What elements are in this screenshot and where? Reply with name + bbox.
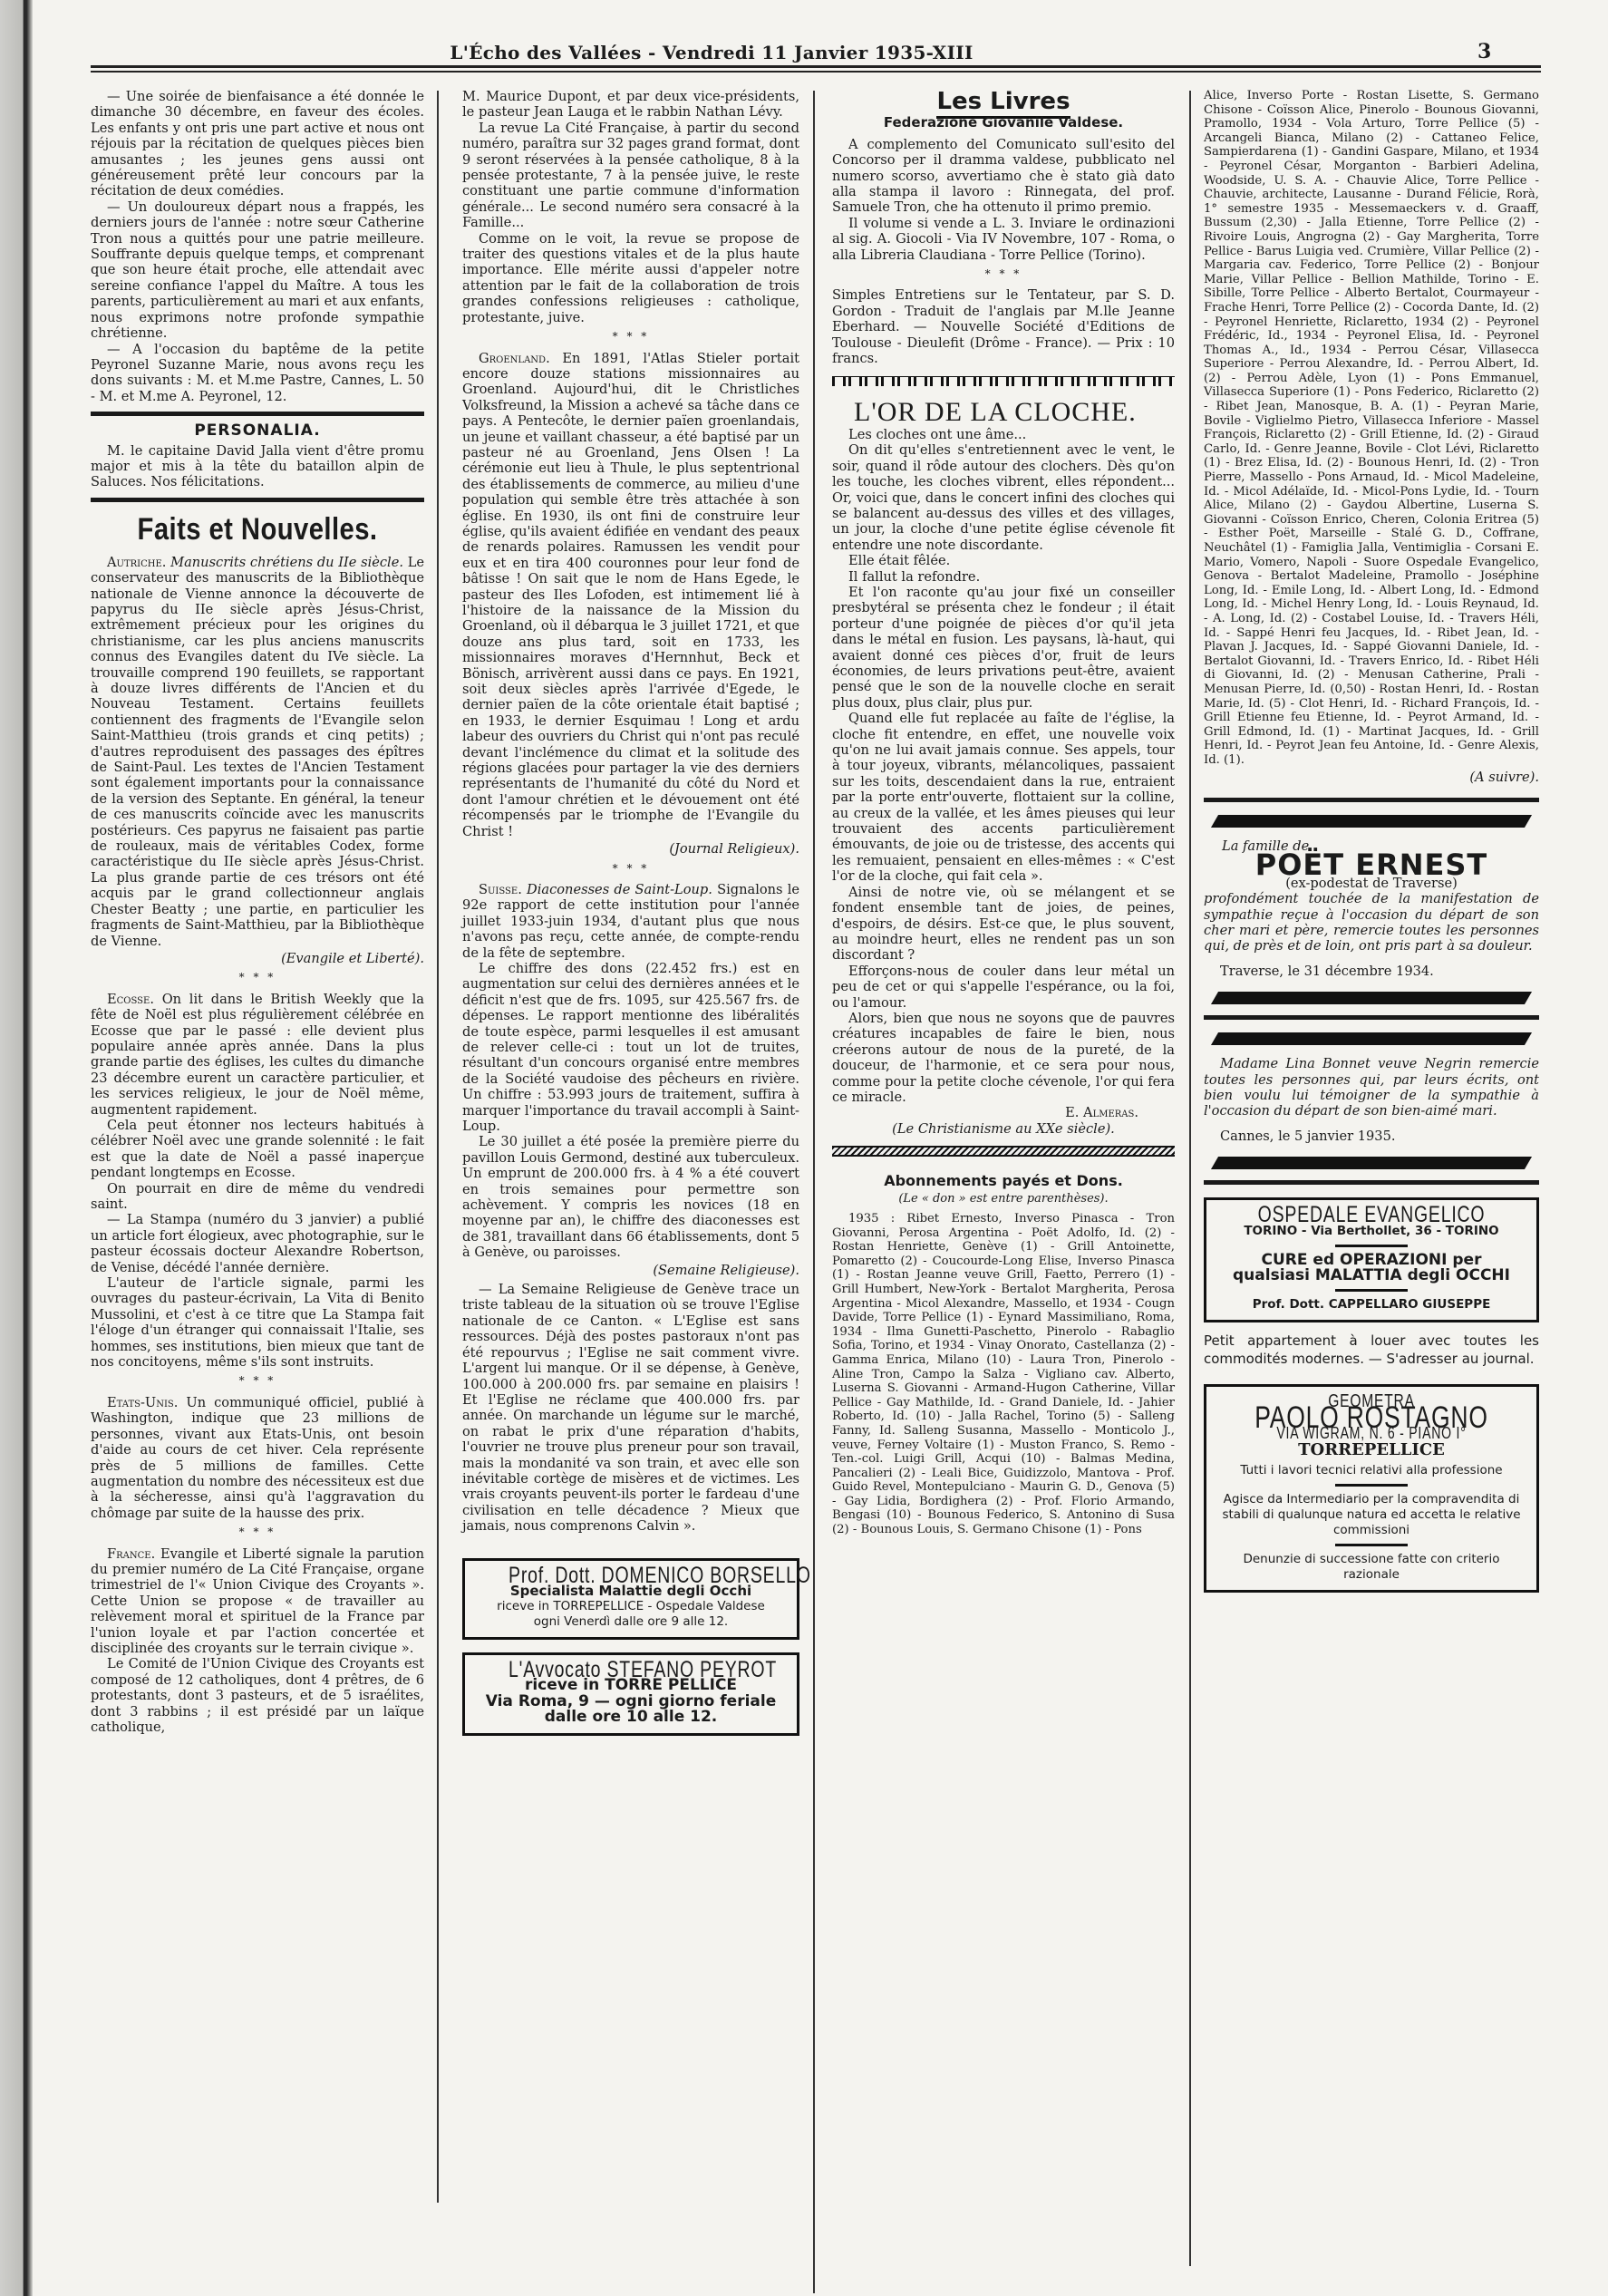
paragraph: Il volume si vende a L. 3. Inviare le or… — [832, 216, 1175, 263]
masthead: L'Écho des Vallées - Vendredi 11 Janvier… — [54, 42, 1369, 65]
paragraph: Comme on le voit, la revue se propose de… — [462, 231, 799, 325]
ad-doctor: Prof. Dott. CAPPELLARO GIUSEPPE — [1216, 1297, 1527, 1313]
paragraph: M. le capitaine David Jalla vient d'être… — [91, 443, 424, 490]
paragraph: Ainsi de notre vie, où se mélangent et s… — [832, 885, 1175, 964]
article-author: E. Almeras. — [832, 1105, 1138, 1120]
country-label: Etats-Unis. — [107, 1395, 178, 1410]
paragraph: Elle était fêlée. — [832, 553, 1175, 568]
paragraph: Et l'on raconte qu'au jour fixé un conse… — [832, 585, 1175, 711]
section-heading-les-livres: Les Livres — [832, 94, 1175, 110]
notice-date: Traverse, le 31 décembre 1934. — [1204, 964, 1539, 979]
source-citation: (Journal Religieux). — [462, 841, 799, 857]
article-subject: Diaconesses de Saint-Loup. — [527, 882, 712, 897]
column-divider — [1189, 91, 1191, 2266]
paragraph: — Une soirée de bienfaisance a été donné… — [91, 89, 424, 199]
ad-line: Denunzie di successione fatte con criter… — [1216, 1552, 1527, 1583]
column-divider — [437, 91, 439, 2203]
notice-text: Madame Lina Bonnet veuve Negrin remercie… — [1204, 1056, 1539, 1119]
article-subject: Manuscrits chrétiens du IIe siècle. — [170, 555, 403, 570]
article-text: Un communiqué officiel, publié à Washing… — [91, 1395, 424, 1521]
column-2: M. Maurice Dupont, et par deux vice-prés… — [462, 89, 799, 1745]
separator-asterisks: * * * — [91, 970, 424, 985]
ornamental-border — [832, 1146, 1175, 1157]
paragraph: Quand elle fut replacée au faîte de l'ég… — [832, 711, 1175, 884]
article-text: Evangile et Liberté signale la parution … — [91, 1546, 424, 1656]
paragraph: — Un douloureux départ nous a frappés, l… — [91, 199, 424, 342]
ad-name: L'Avvocato STEFANO PEYROT — [509, 1662, 753, 1678]
paragraph: Cela peut étonner nos lecteurs habitués … — [91, 1118, 424, 1181]
mourning-band — [1211, 1157, 1532, 1169]
country-label: France. — [107, 1546, 155, 1562]
article-autriche: Autriche. Manuscrits chrétiens du IIe si… — [91, 555, 424, 949]
ad-line: ogni Venerdì dalle ore 9 alle 12. — [474, 1614, 788, 1630]
article-title-or-de-la-cloche: L'OR DE LA CLOCHE. — [854, 404, 1175, 420]
classified-apartment: Petit appartement à louer avec toutes le… — [1204, 1332, 1539, 1368]
ornamental-border — [832, 376, 1175, 386]
paragraph: L'auteur de l'article signale, parmi les… — [91, 1275, 424, 1370]
deceased-role: (ex-podestat de Traverse) — [1204, 876, 1539, 891]
source-citation: (Evangile et Liberté). — [91, 951, 424, 966]
paragraph: Il fallut la refondre. — [832, 569, 1175, 585]
ad-rule — [1335, 1245, 1408, 1247]
advertisement-ospedale: OSPEDALE EVANGELICO TORINO - Via Berthol… — [1204, 1197, 1539, 1322]
article-etats-unis: Etats-Unis. Un communiqué officiel, publ… — [91, 1395, 424, 1521]
advertisement-borsello: Prof. Dott. DOMENICO BORSELLO Specialist… — [462, 1558, 799, 1640]
paragraph: La revue La Cité Française, à partir du … — [462, 121, 799, 231]
ad-city: TORREPELLICE — [1216, 1442, 1527, 1458]
paragraph: Le Comité de l'Union Civique des Croyant… — [91, 1656, 424, 1735]
section-subtitle: (Le « don » est entre parenthèses). — [832, 1191, 1175, 1206]
subscriber-list: 1935 : Ribet Ernesto, Inverso Pinasca - … — [832, 1212, 1175, 1537]
subheading-federazione: Federazione Giovanile Valdese. — [832, 115, 1175, 131]
ad-rule — [1335, 1289, 1408, 1292]
article-text: Le conservateur des manuscrits de la Bib… — [91, 555, 424, 949]
ad-rule — [1335, 1544, 1408, 1546]
article-suisse: Suisse. Diaconesses de Saint-Loup. Signa… — [462, 882, 799, 961]
ad-name: Prof. Dott. DOMENICO BORSELLO — [509, 1568, 753, 1584]
ad-line: riceve in TORREPELLICE - Ospedale Valdes… — [474, 1599, 788, 1614]
ad-line: dalle ore 10 alle 12. — [474, 1710, 788, 1725]
page-binding-gutter — [0, 0, 33, 2296]
to-be-continued: (A suivre). — [1204, 770, 1539, 785]
article-text: On lit dans le British Weekly que la fêt… — [91, 992, 424, 1118]
column-3: Les Livres Federazione Giovanile Valdese… — [832, 89, 1175, 1537]
page-number: 3 — [1477, 40, 1491, 63]
book-notice: Simples Entretiens sur le Tentateur, par… — [832, 287, 1175, 366]
separator-asterisks: * * * — [462, 329, 799, 344]
column-1: — Une soirée de bienfaisance a été donné… — [91, 89, 424, 1735]
country-label: Groenland. — [479, 351, 550, 366]
paragraph: Les cloches ont une âme... — [832, 427, 1175, 442]
header-rule — [91, 65, 1541, 68]
subscriber-list-continued: Alice, Inverso Porte - Rostan Lisette, S… — [1204, 89, 1539, 768]
section-rule — [91, 498, 424, 502]
mourning-band — [1211, 1032, 1532, 1045]
paragraph: On pourrait en dire de même du vendredi … — [91, 1181, 424, 1213]
deceased-name: POËT ERNEST — [1204, 857, 1539, 873]
section-heading-faits-et-nouvelles: Faits et Nouvelles. — [114, 511, 401, 547]
advertisement-rostagno: GEOMETRA PAOLO ROSTAGNO VIA WIGRAM, N. 6… — [1204, 1384, 1539, 1593]
separator-asterisks: * * * — [91, 1373, 424, 1389]
column-4: Alice, Inverso Porte - Rostan Lisette, S… — [1204, 89, 1539, 1602]
paragraph: On dit qu'elles s'entretiennent avec le … — [832, 442, 1175, 553]
source-citation: (Le Christianisme au XXe siècle). — [832, 1121, 1175, 1137]
paragraph: — A l'occasion du baptême de la petite P… — [91, 342, 424, 405]
country-label: Autriche. — [107, 555, 166, 570]
section-rule — [1204, 1015, 1539, 1020]
source-citation: (Semaine Religieuse). — [462, 1263, 799, 1278]
paragraph: — La Semaine Religieuse de Genève trace … — [462, 1282, 799, 1535]
section-rule — [1204, 1180, 1539, 1185]
ad-line: qualsiasi MALATTIA degli OCCHI — [1216, 1268, 1527, 1284]
section-rule — [91, 412, 424, 416]
paragraph: Alors, bien que nous ne soyons que de pa… — [832, 1011, 1175, 1105]
mourning-band — [1211, 992, 1532, 1004]
ad-rule — [1335, 1484, 1408, 1487]
country-label: Ecosse. — [107, 992, 154, 1007]
paragraph: Efforçons-nous de couler dans leur métal… — [832, 964, 1175, 1011]
paragraph: Le 30 juillet a été posée la première pi… — [462, 1134, 799, 1260]
paragraph: M. Maurice Dupont, et par deux vice-prés… — [462, 89, 799, 121]
section-heading-personalia: PERSONALIA. — [91, 423, 424, 439]
notice-date: Cannes, le 5 janvier 1935. — [1204, 1129, 1539, 1144]
article-groenland: Groenland. En 1891, l'Atlas Stieler port… — [462, 351, 799, 840]
country-label: Suisse. — [479, 882, 522, 897]
separator-asterisks: * * * — [91, 1525, 424, 1540]
paragraph: Le chiffre des dons (22.452 frs.) est en… — [462, 961, 799, 1134]
article-ecosse: Ecosse. On lit dans le British Weekly qu… — [91, 992, 424, 1118]
advertisement-peyrot: L'Avvocato STEFANO PEYROT riceve in TORR… — [462, 1652, 799, 1736]
paragraph: A complemento del Comunicato sull'esito … — [832, 137, 1175, 216]
ad-line: Agisce da Intermediario per la compraven… — [1216, 1492, 1527, 1538]
section-rule — [1204, 798, 1539, 802]
section-heading-abonnements: Abonnements payés et Dons. — [832, 1173, 1175, 1188]
ad-line: Tutti i lavori tecnici relativi alla pro… — [1216, 1463, 1527, 1478]
notice-text: profondément touchée de la manifestation… — [1204, 891, 1539, 954]
ad-name: OSPEDALE EVANGELICO — [1250, 1207, 1493, 1223]
article-text: En 1891, l'Atlas Stieler portait encore … — [462, 351, 799, 839]
article-france: France. Evangile et Liberté signale la p… — [91, 1546, 424, 1657]
separator-asterisks: * * * — [832, 266, 1175, 282]
ad-address: VIA WIGRAM, N. 6 - PIANO I° — [1250, 1426, 1493, 1441]
column-divider — [813, 91, 815, 2293]
mourning-band — [1211, 815, 1532, 828]
paragraph: — La Stampa (numéro du 3 janvier) a publ… — [91, 1212, 424, 1275]
separator-asterisks: * * * — [462, 861, 799, 877]
header-rule-thin — [91, 71, 1541, 73]
